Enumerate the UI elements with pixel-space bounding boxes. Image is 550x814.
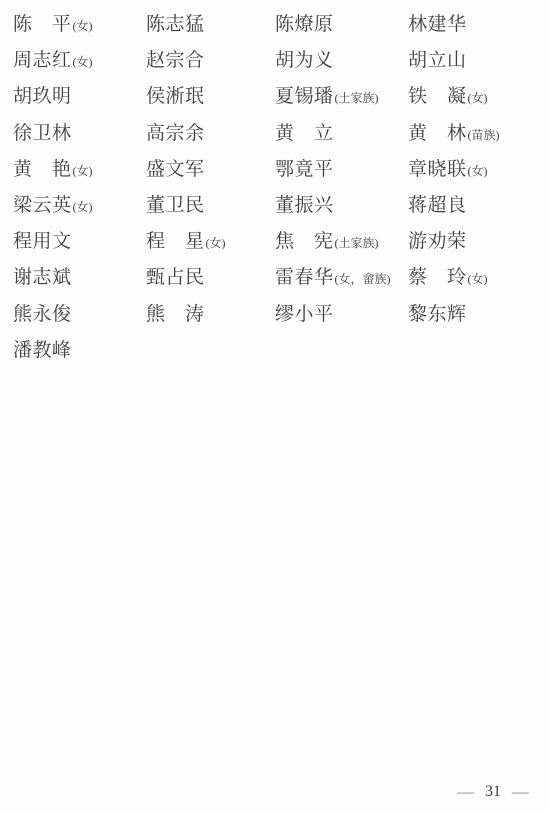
person-name: 陈燎原 (275, 13, 408, 36)
person-name: 胡为义 (275, 49, 408, 72)
person-name: 夏锡璠(土家族) (275, 85, 408, 110)
person-name: 林建华 (408, 13, 538, 36)
name-list-grid: 陈 平(女)陈志猛陈燎原林建华周志红(女)赵宗合胡为义胡立山胡玖明侯淅珉夏锡璠(… (13, 13, 538, 375)
person-name-text: 潘教峰 (13, 340, 72, 361)
person-note: (女) (73, 164, 93, 178)
page-number: 31 (485, 783, 501, 800)
person-name: 侯淅珉 (146, 85, 275, 108)
person-name: 缪小平 (275, 303, 408, 326)
person-note: (女) (73, 19, 93, 33)
person-note: (苗族) (468, 128, 500, 142)
person-name-text: 鄂竟平 (275, 159, 334, 180)
person-name-text: 缪小平 (275, 304, 334, 325)
person-name: 程用文 (13, 230, 146, 253)
person-name-text: 盛文军 (146, 159, 205, 180)
person-name-text: 黄 林 (408, 123, 467, 144)
person-name: 黎东辉 (408, 303, 538, 326)
person-name: 黄 艳(女) (13, 158, 146, 183)
person-name: 熊永俊 (13, 303, 146, 326)
person-name-text: 谢志斌 (13, 267, 72, 288)
name-row: 熊永俊熊 涛缪小平黎东辉 (13, 303, 538, 339)
person-name: 焦 宪(土家族) (275, 230, 408, 255)
person-name-text: 陈 平 (13, 14, 72, 35)
person-name: 高宗余 (146, 122, 275, 145)
person-name-text: 胡为义 (275, 50, 334, 71)
person-name-text: 高宗余 (146, 123, 205, 144)
person-name-text: 侯淅珉 (146, 86, 205, 107)
person-name-text: 梁云英 (13, 195, 72, 216)
person-name-text: 甄占民 (146, 267, 205, 288)
person-note: (土家族) (335, 236, 379, 250)
name-row: 程用文程 星(女)焦 宪(土家族)游劝荣 (13, 230, 538, 266)
person-name: 徐卫林 (13, 122, 146, 145)
person-name: 胡立山 (408, 49, 538, 72)
person-name-text: 熊永俊 (13, 304, 72, 325)
person-name-text: 周志红 (13, 50, 72, 71)
person-name: 胡玖明 (13, 85, 146, 108)
person-note: (女) (73, 55, 93, 69)
person-name: 周志红(女) (13, 49, 146, 74)
person-name-text: 铁 凝 (408, 86, 467, 107)
person-name-text: 雷春华 (275, 267, 334, 288)
person-name: 潘教峰 (13, 339, 146, 362)
person-name: 董卫民 (146, 194, 275, 217)
name-row: 梁云英(女)董卫民董振兴蒋超良 (13, 194, 538, 230)
person-name-text: 林建华 (408, 14, 467, 35)
person-name-text: 黄 立 (275, 123, 334, 144)
person-name-text: 陈燎原 (275, 14, 334, 35)
name-row: 潘教峰 (13, 339, 538, 375)
person-note: (女，畲族) (335, 272, 391, 286)
person-note: (女) (468, 272, 488, 286)
person-name: 盛文军 (146, 158, 275, 181)
person-name-text: 徐卫林 (13, 123, 72, 144)
document-page: 陈 平(女)陈志猛陈燎原林建华周志红(女)赵宗合胡为义胡立山胡玖明侯淅珉夏锡璠(… (0, 0, 550, 814)
person-name-text: 董振兴 (275, 195, 334, 216)
person-name-text: 董卫民 (146, 195, 205, 216)
name-row: 陈 平(女)陈志猛陈燎原林建华 (13, 13, 538, 49)
person-name: 黄 立 (275, 122, 408, 145)
person-name: 游劝荣 (408, 230, 538, 253)
name-row: 谢志斌甄占民雷春华(女，畲族)蔡 玲(女) (13, 266, 538, 302)
person-name-text: 赵宗合 (146, 50, 205, 71)
person-name-text: 黎东辉 (408, 304, 467, 325)
name-row: 黄 艳(女)盛文军鄂竟平章晓联(女) (13, 158, 538, 194)
person-name-text: 胡立山 (408, 50, 467, 71)
person-name-text: 蒋超良 (408, 195, 467, 216)
person-name-text: 游劝荣 (408, 231, 467, 252)
person-name: 赵宗合 (146, 49, 275, 72)
person-note: (女) (73, 200, 93, 214)
person-name-text: 黄 艳 (13, 159, 72, 180)
person-note: (土家族) (335, 91, 379, 105)
footer-dash-right: — (512, 783, 529, 800)
person-name-text: 焦 宪 (275, 231, 334, 252)
person-name: 鄂竟平 (275, 158, 408, 181)
person-name-text: 熊 涛 (146, 304, 205, 325)
person-name: 谢志斌 (13, 266, 146, 289)
person-name-text: 夏锡璠 (275, 86, 334, 107)
footer-dash-left: — (457, 783, 474, 800)
person-name-text: 程 星 (146, 231, 205, 252)
person-name: 蒋超良 (408, 194, 538, 217)
person-note: (女) (206, 236, 226, 250)
person-note: (女) (468, 164, 488, 178)
person-name-text: 章晓联 (408, 159, 467, 180)
name-row: 胡玖明侯淅珉夏锡璠(土家族)铁 凝(女) (13, 85, 538, 121)
person-name: 陈 平(女) (13, 13, 146, 38)
person-name: 铁 凝(女) (408, 85, 538, 110)
name-row: 周志红(女)赵宗合胡为义胡立山 (13, 49, 538, 85)
person-name: 甄占民 (146, 266, 275, 289)
name-row: 徐卫林高宗余黄 立黄 林(苗族) (13, 122, 538, 158)
person-name: 程 星(女) (146, 230, 275, 255)
person-name: 雷春华(女，畲族) (275, 266, 408, 291)
page-footer: — 31 — (457, 783, 529, 800)
person-name: 董振兴 (275, 194, 408, 217)
person-name-text: 陈志猛 (146, 14, 205, 35)
person-name-text: 程用文 (13, 231, 72, 252)
person-name: 章晓联(女) (408, 158, 538, 183)
person-name: 熊 涛 (146, 303, 275, 326)
person-note: (女) (468, 91, 488, 105)
person-name: 蔡 玲(女) (408, 266, 538, 291)
person-name: 梁云英(女) (13, 194, 146, 219)
person-name: 陈志猛 (146, 13, 275, 36)
person-name-text: 蔡 玲 (408, 267, 467, 288)
person-name-text: 胡玖明 (13, 86, 72, 107)
person-name: 黄 林(苗族) (408, 122, 538, 147)
